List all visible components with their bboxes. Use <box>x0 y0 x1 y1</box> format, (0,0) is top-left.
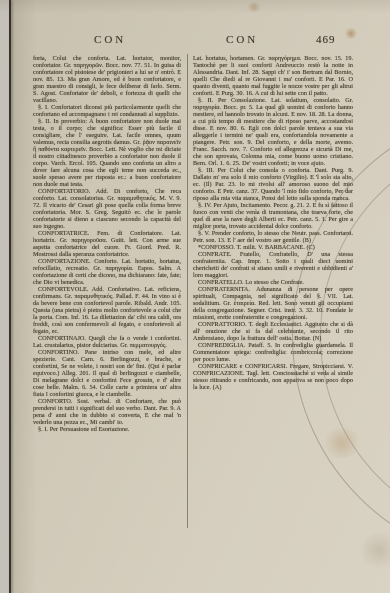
top-edge-shadow <box>0 0 390 14</box>
entry-confratello: CONFRATELLO. Lo stesso che Confrate. <box>193 279 353 286</box>
entry-confricare: CONFRICARE e CONFRICARSI. Fregare, Strop… <box>193 363 353 391</box>
entry-section: §. II. In proverbio: A buon confortatore… <box>33 118 181 188</box>
entry-section: §. I. Per Persuasione ed Esortazione. <box>33 426 181 433</box>
corner-shading <box>362 530 390 570</box>
entry-confortazione: CONFORTAZIONE. Conforto. Lat. hortatio, … <box>33 258 181 286</box>
right-column: Lat. hortatus, hortamen. Gr. παρηγόρημα.… <box>193 55 353 391</box>
entry-confrattorio: CONFRATTORIO. T. degli Ecclesiastici. Ag… <box>193 321 353 342</box>
foxing-stain <box>322 428 362 458</box>
entry-section: §. V. Prender conforto, lo stesso che Ne… <box>193 230 353 244</box>
entry-section: §. I. Confortatori diconsi più particola… <box>33 104 181 118</box>
entry-section: §. II. Per Consolazione. Lat. solatium, … <box>193 97 353 167</box>
running-header-right: CON <box>226 34 258 46</box>
scanned-book-page: CON CON 469 forta, Colui che conforta. L… <box>0 0 390 593</box>
column-divider-rule <box>187 54 188 528</box>
entry-confortatorio: CONFORTATORIO. Add. Di conforto, Che rec… <box>33 188 181 230</box>
page-number: 469 <box>316 34 336 46</box>
entry-section: §. III. Per Colui che consola o conforta… <box>193 167 353 202</box>
entry-section: §. IV. Per Ajuto, Incitamento. Pecor. g.… <box>193 202 353 230</box>
entry-confrediglia: CONFREDIGLIA. Pataff. 5. In confrediglia… <box>193 342 353 363</box>
entry-confortatrice: CONFORTATRICE. Fem. di Confortatore. Lat… <box>33 230 181 258</box>
entry-confosso: *CONFOSSO. T. milit. V. BARBACANE. (C) <box>193 244 353 251</box>
running-header-left: CON <box>94 34 126 46</box>
entry-confortatore-continuation: forta, Colui che conforta. Lat. hortator… <box>33 55 181 104</box>
entry-confortinajo: CONFORTINAJO. Quegli che fa o vende i co… <box>33 335 181 349</box>
entry-confortevole: CONFORTEVOLE. Add. Confortativo. Lat. re… <box>33 286 181 335</box>
foxing-stain <box>344 28 358 39</box>
entry-confortino: CONFORTINO. Pane intriso con mele, ed al… <box>33 349 181 398</box>
entry-confraternita: CONFRATERNITA. Adunanza di persone per o… <box>193 286 353 321</box>
entry-confrate: CONFRATE. Fratello, Confratello, D' una … <box>193 251 353 279</box>
entry-conforto-continuation: Lat. hortatus, hortamen. Gr. παρηγόρημα.… <box>193 55 353 97</box>
left-column: forta, Colui che conforta. Lat. hortator… <box>33 55 181 433</box>
entry-conforto: CONFORTO. Sost. verbal. di Confortare, c… <box>33 398 181 426</box>
page-left-margin <box>0 0 9 593</box>
